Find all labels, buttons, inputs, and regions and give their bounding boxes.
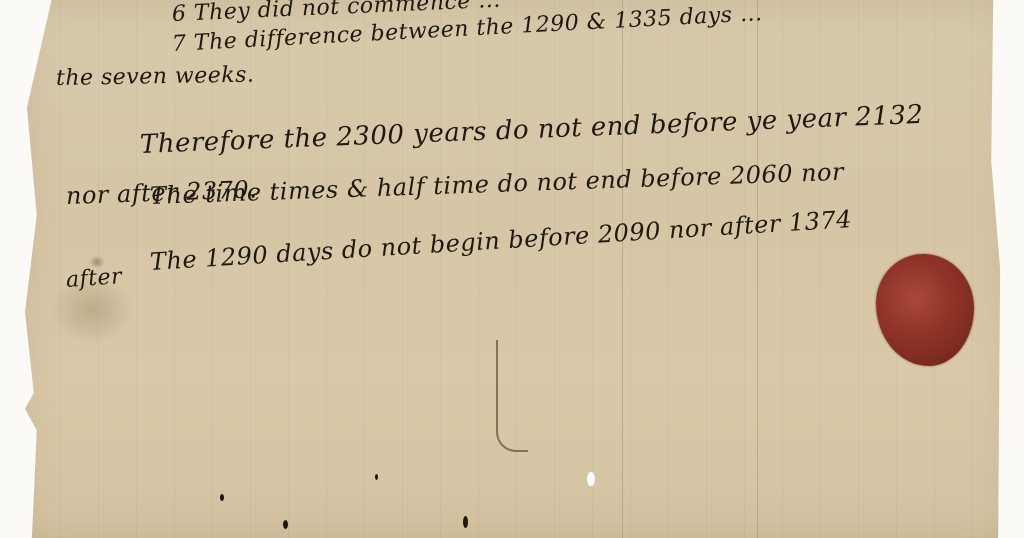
- ink-stroke-flourish: [496, 340, 528, 452]
- ink-spot: [220, 494, 224, 501]
- paper-hole: [587, 472, 595, 486]
- fold-line: [622, 0, 623, 538]
- ink-spot: [375, 474, 378, 480]
- ink-spot: [463, 516, 468, 528]
- manuscript-line-7-continued: the seven weeks.: [56, 63, 255, 91]
- manuscript-paragraph-time-times-continued: after: [65, 264, 123, 293]
- fold-line: [757, 0, 758, 538]
- ink-spot: [283, 520, 288, 529]
